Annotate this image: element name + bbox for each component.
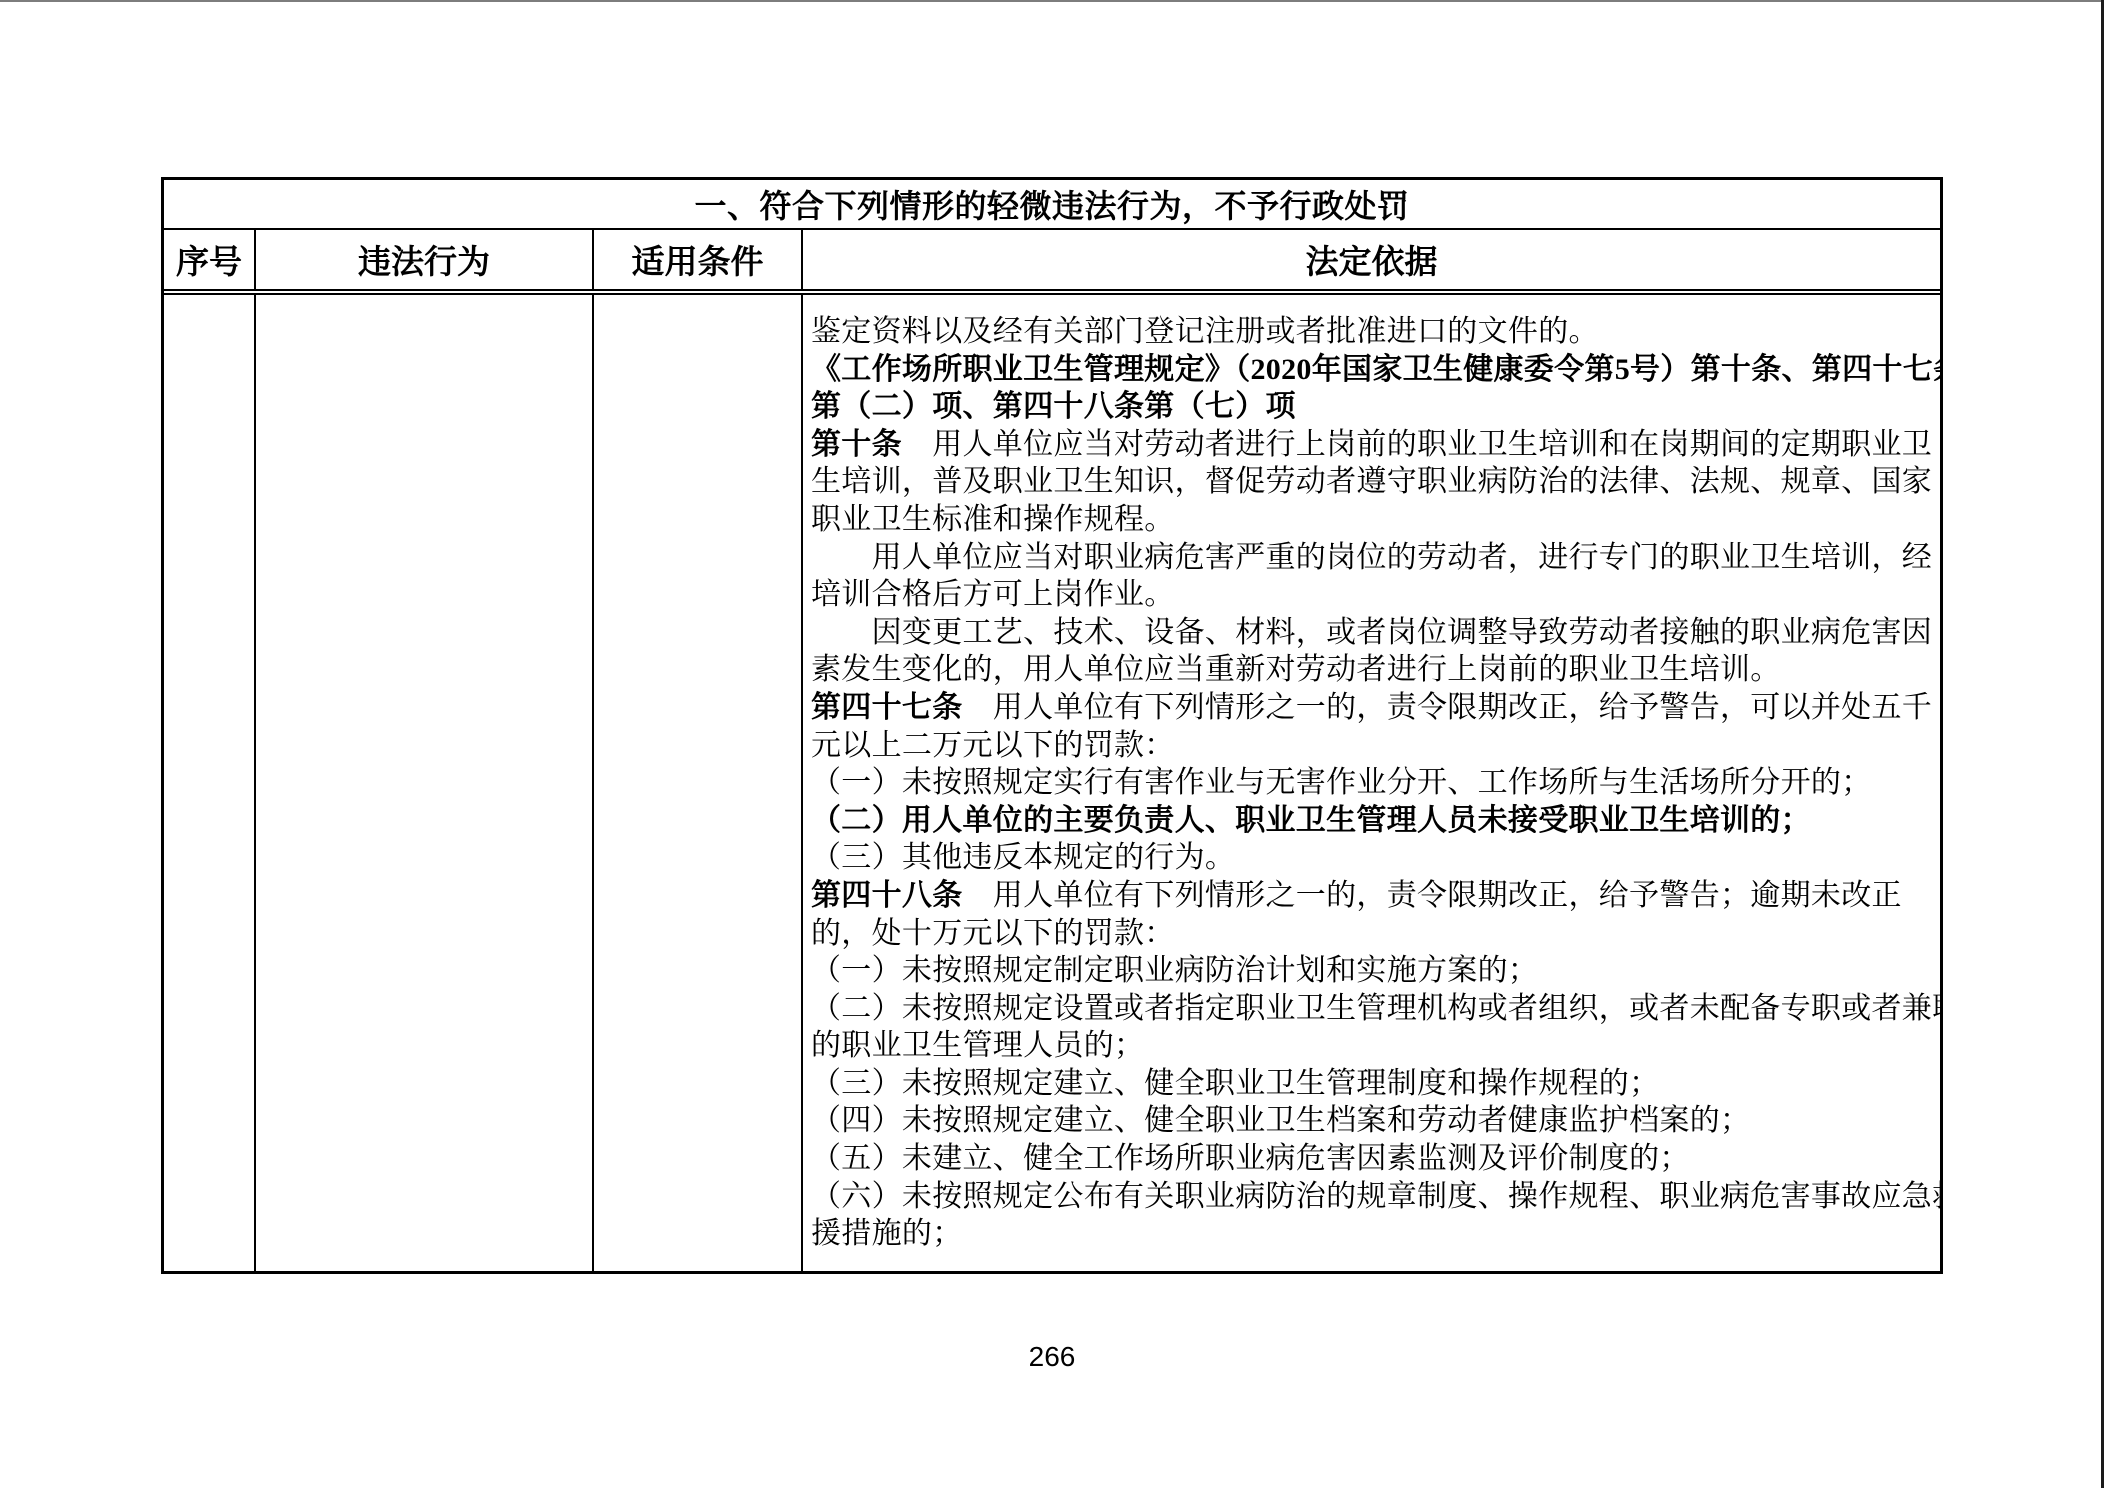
legal-basis-line: 《工作场所职业卫生管理规定》（2020年国家卫生健康委令第5号）第十条、第四十七…	[811, 351, 1932, 389]
legal-basis-line: 培训合格后方可上岗作业。	[811, 576, 1932, 614]
legal-basis-line: 元以上二万元以下的罚款：	[811, 727, 1932, 765]
column-header-legal-basis: 法定依据	[803, 230, 1940, 289]
legal-basis-line: 第（二）项、第四十八条第（七）项	[811, 388, 1932, 426]
column-header-condition: 适用条件	[594, 230, 803, 289]
legal-basis-line: 第十条 用人单位应当对劳动者进行上岗前的职业卫生培训和在岗期间的定期职业卫	[811, 426, 1932, 464]
legal-basis-line: 鉴定资料以及经有关部门登记注册或者批准进口的文件的。	[811, 313, 1932, 351]
table-header-row: 序号 违法行为 适用条件 法定依据	[164, 230, 1940, 295]
table-row: 鉴定资料以及经有关部门登记注册或者批准进口的文件的。《工作场所职业卫生管理规定》…	[164, 295, 1940, 1271]
page-number: 266	[0, 1341, 2104, 1373]
legal-basis-line: 生培训，普及职业卫生知识，督促劳动者遵守职业病防治的法律、法规、规章、国家	[811, 463, 1932, 501]
legal-basis-line: 的职业卫生管理人员的；	[811, 1027, 1932, 1065]
column-header-seq: 序号	[164, 230, 256, 289]
legal-basis-line: （三）其他违反本规定的行为。	[811, 839, 1932, 877]
legal-basis-line: 的，处十万元以下的罚款：	[811, 915, 1932, 953]
violation-table: 一、符合下列情形的轻微违法行为，不予行政处罚 序号 违法行为 适用条件 法定依据…	[161, 177, 1943, 1274]
legal-basis-line: （五）未建立、健全工作场所职业病危害因素监测及评价制度的；	[811, 1140, 1932, 1178]
legal-basis-line: 素发生变化的，用人单位应当重新对劳动者进行上岗前的职业卫生培训。	[811, 651, 1932, 689]
legal-basis-line: （六）未按照规定公布有关职业病防治的规章制度、操作规程、职业病危害事故应急救	[811, 1178, 1932, 1216]
legal-basis-line: 第四十七条 用人单位有下列情形之一的，责令限期改正，给予警告，可以并处五千	[811, 689, 1932, 727]
legal-basis-line: （一）未按照规定制定职业病防治计划和实施方案的；	[811, 952, 1932, 990]
cell-legal-basis: 鉴定资料以及经有关部门登记注册或者批准进口的文件的。《工作场所职业卫生管理规定》…	[803, 295, 1940, 1271]
column-header-violation: 违法行为	[256, 230, 594, 289]
legal-basis-line: 第四十八条 用人单位有下列情形之一的，责令限期改正，给予警告；逾期未改正	[811, 877, 1932, 915]
legal-basis-line: 因变更工艺、技术、设备、材料，或者岗位调整导致劳动者接触的职业病危害因	[811, 614, 1932, 652]
cell-violation	[256, 295, 594, 1271]
legal-basis-line: （三）未按照规定建立、健全职业卫生管理制度和操作规程的；	[811, 1065, 1932, 1103]
legal-basis-line: （一）未按照规定实行有害作业与无害作业分开、工作场所与生活场所分开的；	[811, 764, 1932, 802]
table-title: 一、符合下列情形的轻微违法行为，不予行政处罚	[164, 180, 1940, 230]
cell-seq	[164, 295, 256, 1271]
legal-basis-line: 用人单位应当对职业病危害严重的岗位的劳动者，进行专门的职业卫生培训，经	[811, 539, 1932, 577]
legal-basis-line: （二）用人单位的主要负责人、职业卫生管理人员未接受职业卫生培训的；	[811, 802, 1932, 840]
legal-basis-line: 职业卫生标准和操作规程。	[811, 501, 1932, 539]
scan-artifact-top-edge	[0, 0, 2104, 2]
legal-basis-line: （四）未按照规定建立、健全职业卫生档案和劳动者健康监护档案的；	[811, 1102, 1932, 1140]
legal-basis-line: 援措施的；	[811, 1215, 1932, 1253]
legal-basis-line: （二）未按照规定设置或者指定职业卫生管理机构或者组织，或者未配备专职或者兼职	[811, 990, 1932, 1028]
cell-condition	[594, 295, 803, 1271]
